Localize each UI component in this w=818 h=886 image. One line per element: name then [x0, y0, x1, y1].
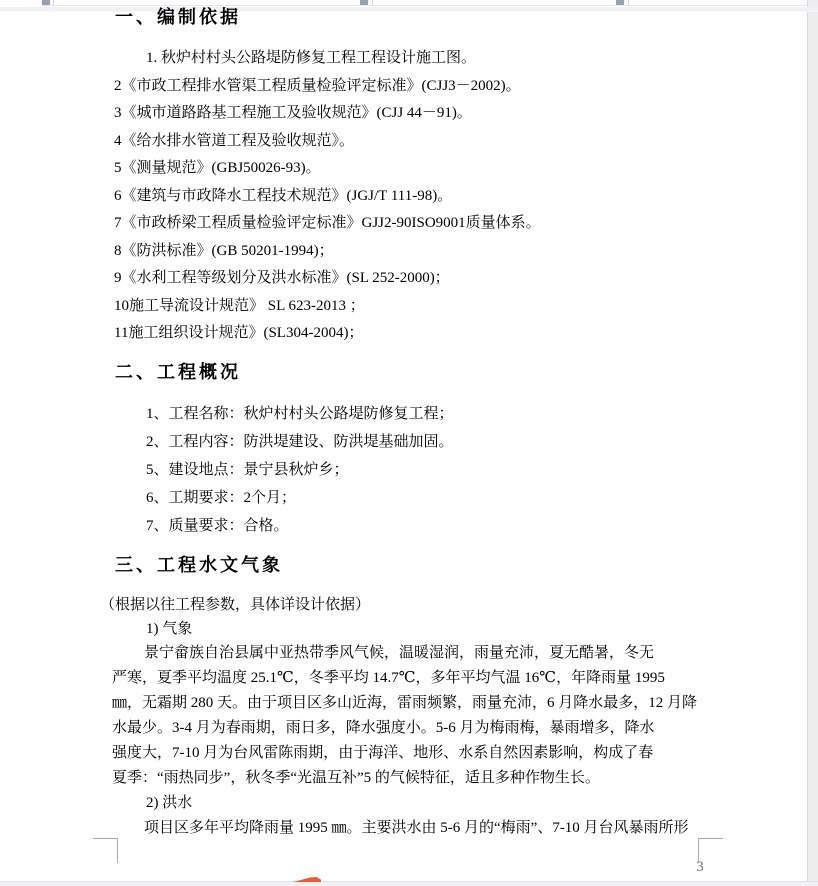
paragraph-line: 水最少。3-4 月为春雨期，雨日多，降水强度小。5-6 月为梅雨梅，暴雨增多，降…	[112, 716, 712, 741]
list-item: 2《市政工程排水管渠工程质量检验评定标准》(CJJ3－2002)。	[114, 73, 714, 101]
list-item: 1. 秋炉村村头公路堤防修复工程工程设计施工图。	[114, 45, 714, 73]
table-handle-icon	[42, 0, 50, 5]
table-border-line	[42, 5, 807, 6]
list-item: 7《市政桥梁工程质量检验评定标准》GJJ2-90ISO9001质量体系。	[114, 210, 714, 238]
table-gridline	[372, 0, 373, 6]
meteorology-paragraph: 景宁畲族自治县属中亚热带季风气候，温暖湿润，雨量充沛，夏无酷暑，冬无 严寒，夏季…	[112, 641, 712, 791]
table-gridline	[628, 0, 629, 6]
paragraph-line: 严寒，夏季平均温度 25.1℃，冬季平均 14.7℃，多年平均气温 16℃，年降…	[112, 666, 712, 691]
heading-section-2: 二、工程概况	[115, 362, 241, 382]
heading-section-3: 三、工程水文气象	[115, 555, 283, 575]
paragraph-line: ㎜，无霜期 280 天。由于项目区多山近海，雷雨频繁，雨量充沛，6 月降水最多，…	[112, 691, 712, 716]
project-overview-list: 1、工程名称：秋炉村村头公路堤防修复工程； 2、工程内容：防洪堤建设、防洪堤基础…	[114, 400, 714, 540]
document-page: 一、编制依据 1. 秋炉村村头公路堤防修复工程工程设计施工图。 2《市政工程排水…	[0, 0, 808, 886]
list-item: 4《给水排水管道工程及验收规范》。	[114, 128, 714, 156]
paragraph-line: 夏季：“雨热同步”，秋冬季“光温互补”5 的气候特征，适且多种作物生长。	[112, 766, 712, 791]
table-handle-icon	[360, 0, 368, 5]
list-item: 6、工期要求：2个月；	[114, 484, 714, 512]
table-handle-icon	[616, 0, 624, 5]
compilation-basis-list: 1. 秋炉村村头公路堤防修复工程工程设计施工图。 2《市政工程排水管渠工程质量检…	[114, 45, 714, 348]
paragraph-line: 景宁畲族自治县属中亚热带季风气候，温暖湿润，雨量充沛，夏无酷暑，冬无	[112, 641, 712, 666]
page-number: 3	[688, 859, 712, 876]
list-item: 5、建设地点：景宁县秋炉乡；	[114, 456, 714, 484]
subheading-meteorology: 1) 气象	[146, 619, 192, 639]
page-gap-bottom	[0, 881, 818, 886]
list-item: 3《城市道路路基工程施工及验收规范》(CJJ 44－91)。	[114, 100, 714, 128]
list-item: 10施工导流设计规范》 SL 623-2013 ；	[114, 293, 714, 321]
list-item: 5《测量规范》(GBJ50026-93)。	[114, 155, 714, 183]
table-gridline	[53, 0, 54, 6]
subheading-flood: 2) 洪水	[146, 793, 192, 813]
list-item: 9《水利工程等级划分及洪水标准》(SL 252-2000)；	[114, 265, 714, 293]
previous-page-edge	[0, 0, 807, 7]
list-item: 7、质量要求：合格。	[114, 512, 714, 540]
flood-paragraph: 项目区多年平均降雨量 1995 ㎜。主要洪水由 5-6 月的“梅雨”、7-10 …	[112, 816, 712, 841]
list-item: 8《防洪标准》(GB 50201-1994)；	[114, 238, 714, 266]
list-item: 2、工程内容：防洪堤建设、防洪堤基础加固。	[114, 428, 714, 456]
text-boundary-mark-bottom-left	[93, 838, 118, 863]
list-item: 11施工组织设计规范》(SL304-2004)；	[114, 320, 714, 348]
list-item: 6《建筑与市政降水工程技术规范》(JGJ/T 111-98)。	[114, 183, 714, 211]
heading-section-1: 一、编制依据	[115, 7, 241, 27]
paragraph-line: 强度大，7-10 月为台风雷陈雨期，由于海洋、地形、水系自然因素影响，构成了春	[112, 741, 712, 766]
design-basis-note: （根据以往工程参数，具体详设计依据）	[100, 595, 370, 615]
list-item: 1、工程名称：秋炉村村头公路堤防修复工程；	[114, 400, 714, 428]
paragraph-line: 项目区多年平均降雨量 1995 ㎜。主要洪水由 5-6 月的“梅雨”、7-10 …	[112, 816, 712, 841]
